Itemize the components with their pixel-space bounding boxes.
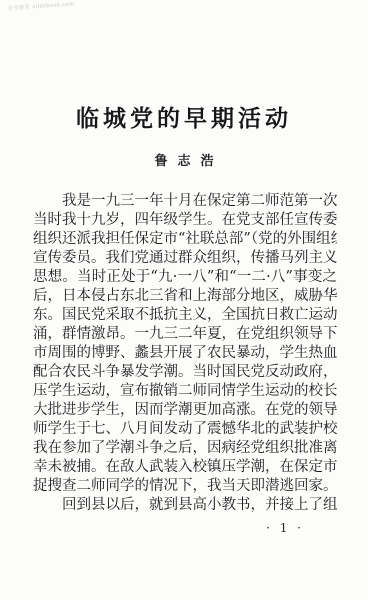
body-line: 捉搜查二师同学的情况下，我当天即潜逃回家。 (33, 477, 337, 496)
body-text: 我是一九三一年十月在保定第二师范第一次入党的。 当时我十九岁，四年级学生。在党支… (33, 192, 337, 515)
body-line: 幸未被捕。在敌人武装入校镇压学潮，在保定市到处捕 (33, 458, 337, 477)
scanned-book-page: 好书推荐 xilesbook.com 临城党的早期活动 鲁志浩 我是一九三一年十… (0, 0, 368, 600)
body-line: 压学生运动，宣布撤销二师同情学生运动的校长，开除 (33, 382, 337, 401)
body-line: 涌，群情激昂。一九三二年夏，在党组织领导下，保定 (33, 325, 337, 344)
body-line: 我是一九三一年十月在保定第二师范第一次入党的。 (33, 192, 337, 211)
body-line: 后，日本侵占东北三省和上海部分地区，威胁华北和华 (33, 287, 337, 306)
body-line: 思想。当时正处于“九·一八”和“一二·八”事变之 (33, 268, 337, 287)
body-line: 市周围的博野、蠡县开展了农民暴动，学生热血沸腾， (33, 344, 337, 363)
watermark: 好书推荐 xilesbook.com (8, 0, 75, 12)
body-line: 师学生于七、八月间发动了震憾华北的武装护校斗争。 (33, 420, 337, 439)
body-line: 当时我十九岁，四年级学生。在党支部任宣传委员，党 (33, 211, 337, 230)
page-title: 临城党的早期活动 (0, 100, 368, 133)
author-name: 鲁志浩 (0, 150, 368, 169)
body-line: 我在参加了学潮斗争之后，因病经党组织批准离校治疗， (33, 439, 337, 458)
body-line: 东。国民党采取不抵抗主义，全国抗日救亡运动风起云 (33, 306, 337, 325)
body-line: 宣传委员。我们党通过群众组织，传播马列主义、进步 (33, 249, 337, 268)
body-line: 配合农民斗争暴发学潮。当时国民党反动政府，为了镇 (33, 363, 337, 382)
body-line: 回到县以后，就到县高小教书，并接上了组织关系。 (33, 496, 337, 515)
page-number: · 1 · (266, 521, 304, 535)
body-line: 组织还派我担任保定市“社联总部”（党的外围组织） (33, 230, 337, 249)
body-line: 大批进步学生，因而学潮更加高涨。在党的领导下，二 (33, 401, 337, 420)
